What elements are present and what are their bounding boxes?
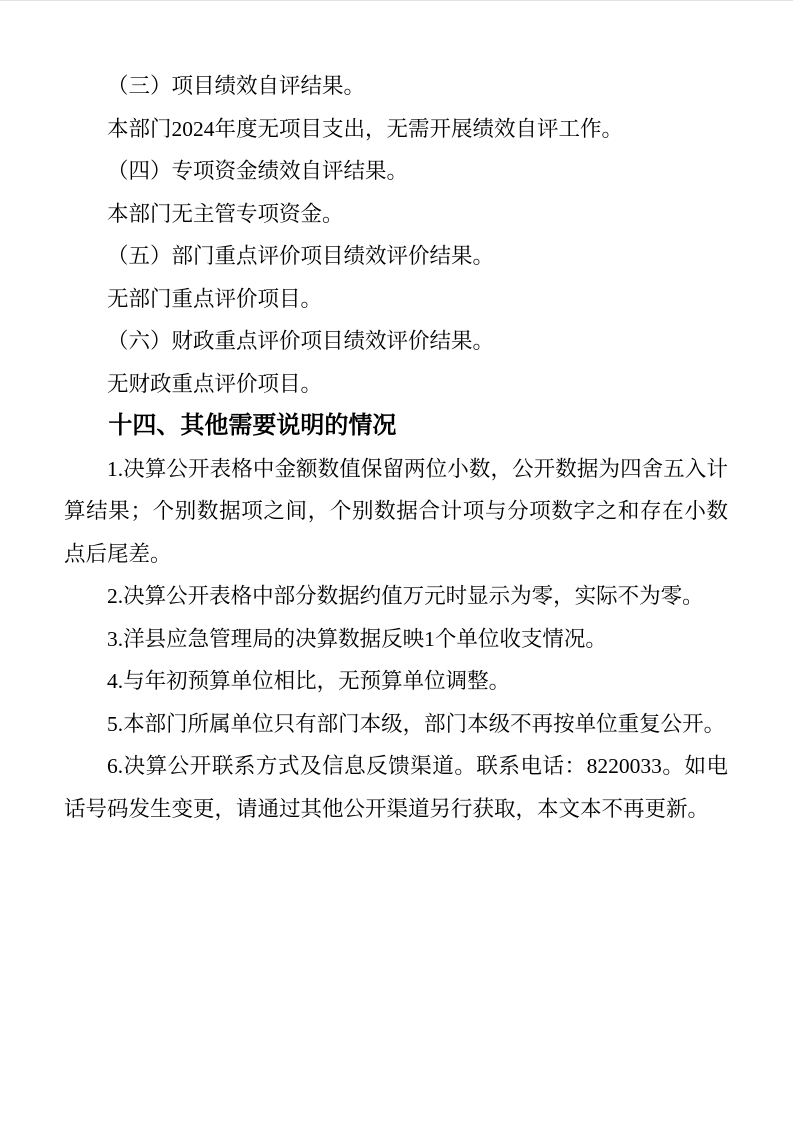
body-paragraph: 6.决算公开联系方式及信息反馈渠道。联系电话：8220033。如电话号码发生变更… bbox=[64, 745, 728, 830]
document-page: （三）项目绩效自评结果。本部门2024年度无项目支出，无需开展绩效自评工作。（四… bbox=[0, 0, 793, 1122]
body-paragraph: 无部门重点评价项目。 bbox=[64, 278, 728, 321]
section-heading: 十四、其他需要说明的情况 bbox=[64, 405, 728, 448]
body-paragraph: 无财政重点评价项目。 bbox=[64, 363, 728, 406]
body-paragraph: 3.洋县应急管理局的决算数据反映1个单位收支情况。 bbox=[64, 618, 728, 661]
body-paragraph: （六）财政重点评价项目绩效评价结果。 bbox=[64, 320, 728, 363]
body-paragraph: 2.决算公开表格中部分数据约值万元时显示为零，实际不为零。 bbox=[64, 575, 728, 618]
document-body: （三）项目绩效自评结果。本部门2024年度无项目支出，无需开展绩效自评工作。（四… bbox=[64, 65, 728, 830]
body-paragraph: 4.与年初预算单位相比，无预算单位调整。 bbox=[64, 660, 728, 703]
body-paragraph: （四）专项资金绩效自评结果。 bbox=[64, 150, 728, 193]
body-paragraph: （三）项目绩效自评结果。 bbox=[64, 65, 728, 108]
body-paragraph: 5.本部门所属单位只有部门本级，部门本级不再按单位重复公开。 bbox=[64, 703, 728, 746]
body-paragraph: 1.决算公开表格中金额数值保留两位小数，公开数据为四舍五入计算结果；个别数据项之… bbox=[64, 448, 728, 576]
body-paragraph: 本部门2024年度无项目支出，无需开展绩效自评工作。 bbox=[64, 108, 728, 151]
body-paragraph: 本部门无主管专项资金。 bbox=[64, 193, 728, 236]
body-paragraph: （五）部门重点评价项目绩效评价结果。 bbox=[64, 235, 728, 278]
